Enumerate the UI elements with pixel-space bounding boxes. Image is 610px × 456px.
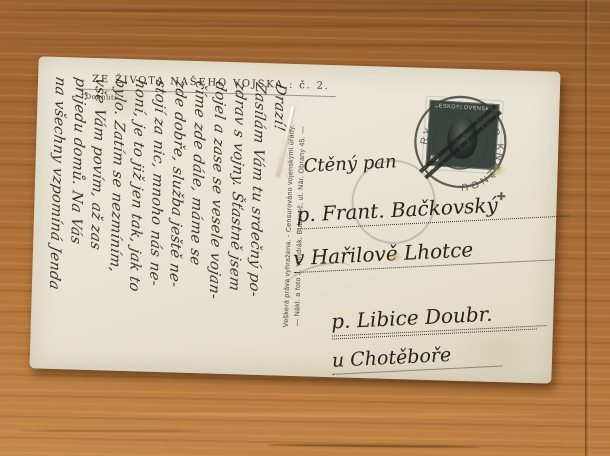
postmark-date-smudge <box>455 139 462 149</box>
address-post-office: p. Libice Doubr. <box>331 299 547 336</box>
wood-crack-line <box>268 444 480 448</box>
wood-grain-streak <box>40 25 580 27</box>
postcard: ZE ŽIVOTA NAŠEHO VOJSKA : č. 2. Dohnutí.… <box>29 56 560 383</box>
plank-seam <box>585 0 589 456</box>
postmark-dots-mark: ⁘ <box>461 203 470 214</box>
wood-grain-streak <box>0 44 610 47</box>
postmark-date-smudge <box>462 131 472 146</box>
wood-grain-streak <box>0 9 610 12</box>
postmark-cross-mark: ✚ <box>497 190 507 203</box>
wood-grain-streak <box>120 412 540 417</box>
handwritten-message: Drazí!Zasílám Vám tu srdečný po-zdrav s … <box>42 77 290 354</box>
address-district: u Chotěboře <box>331 342 502 375</box>
photo-scene: ZE ŽIVOTA NAŠEHO VOJSKA : č. 2. Dohnutí.… <box>0 0 610 456</box>
wood-grain-streak <box>20 430 200 432</box>
